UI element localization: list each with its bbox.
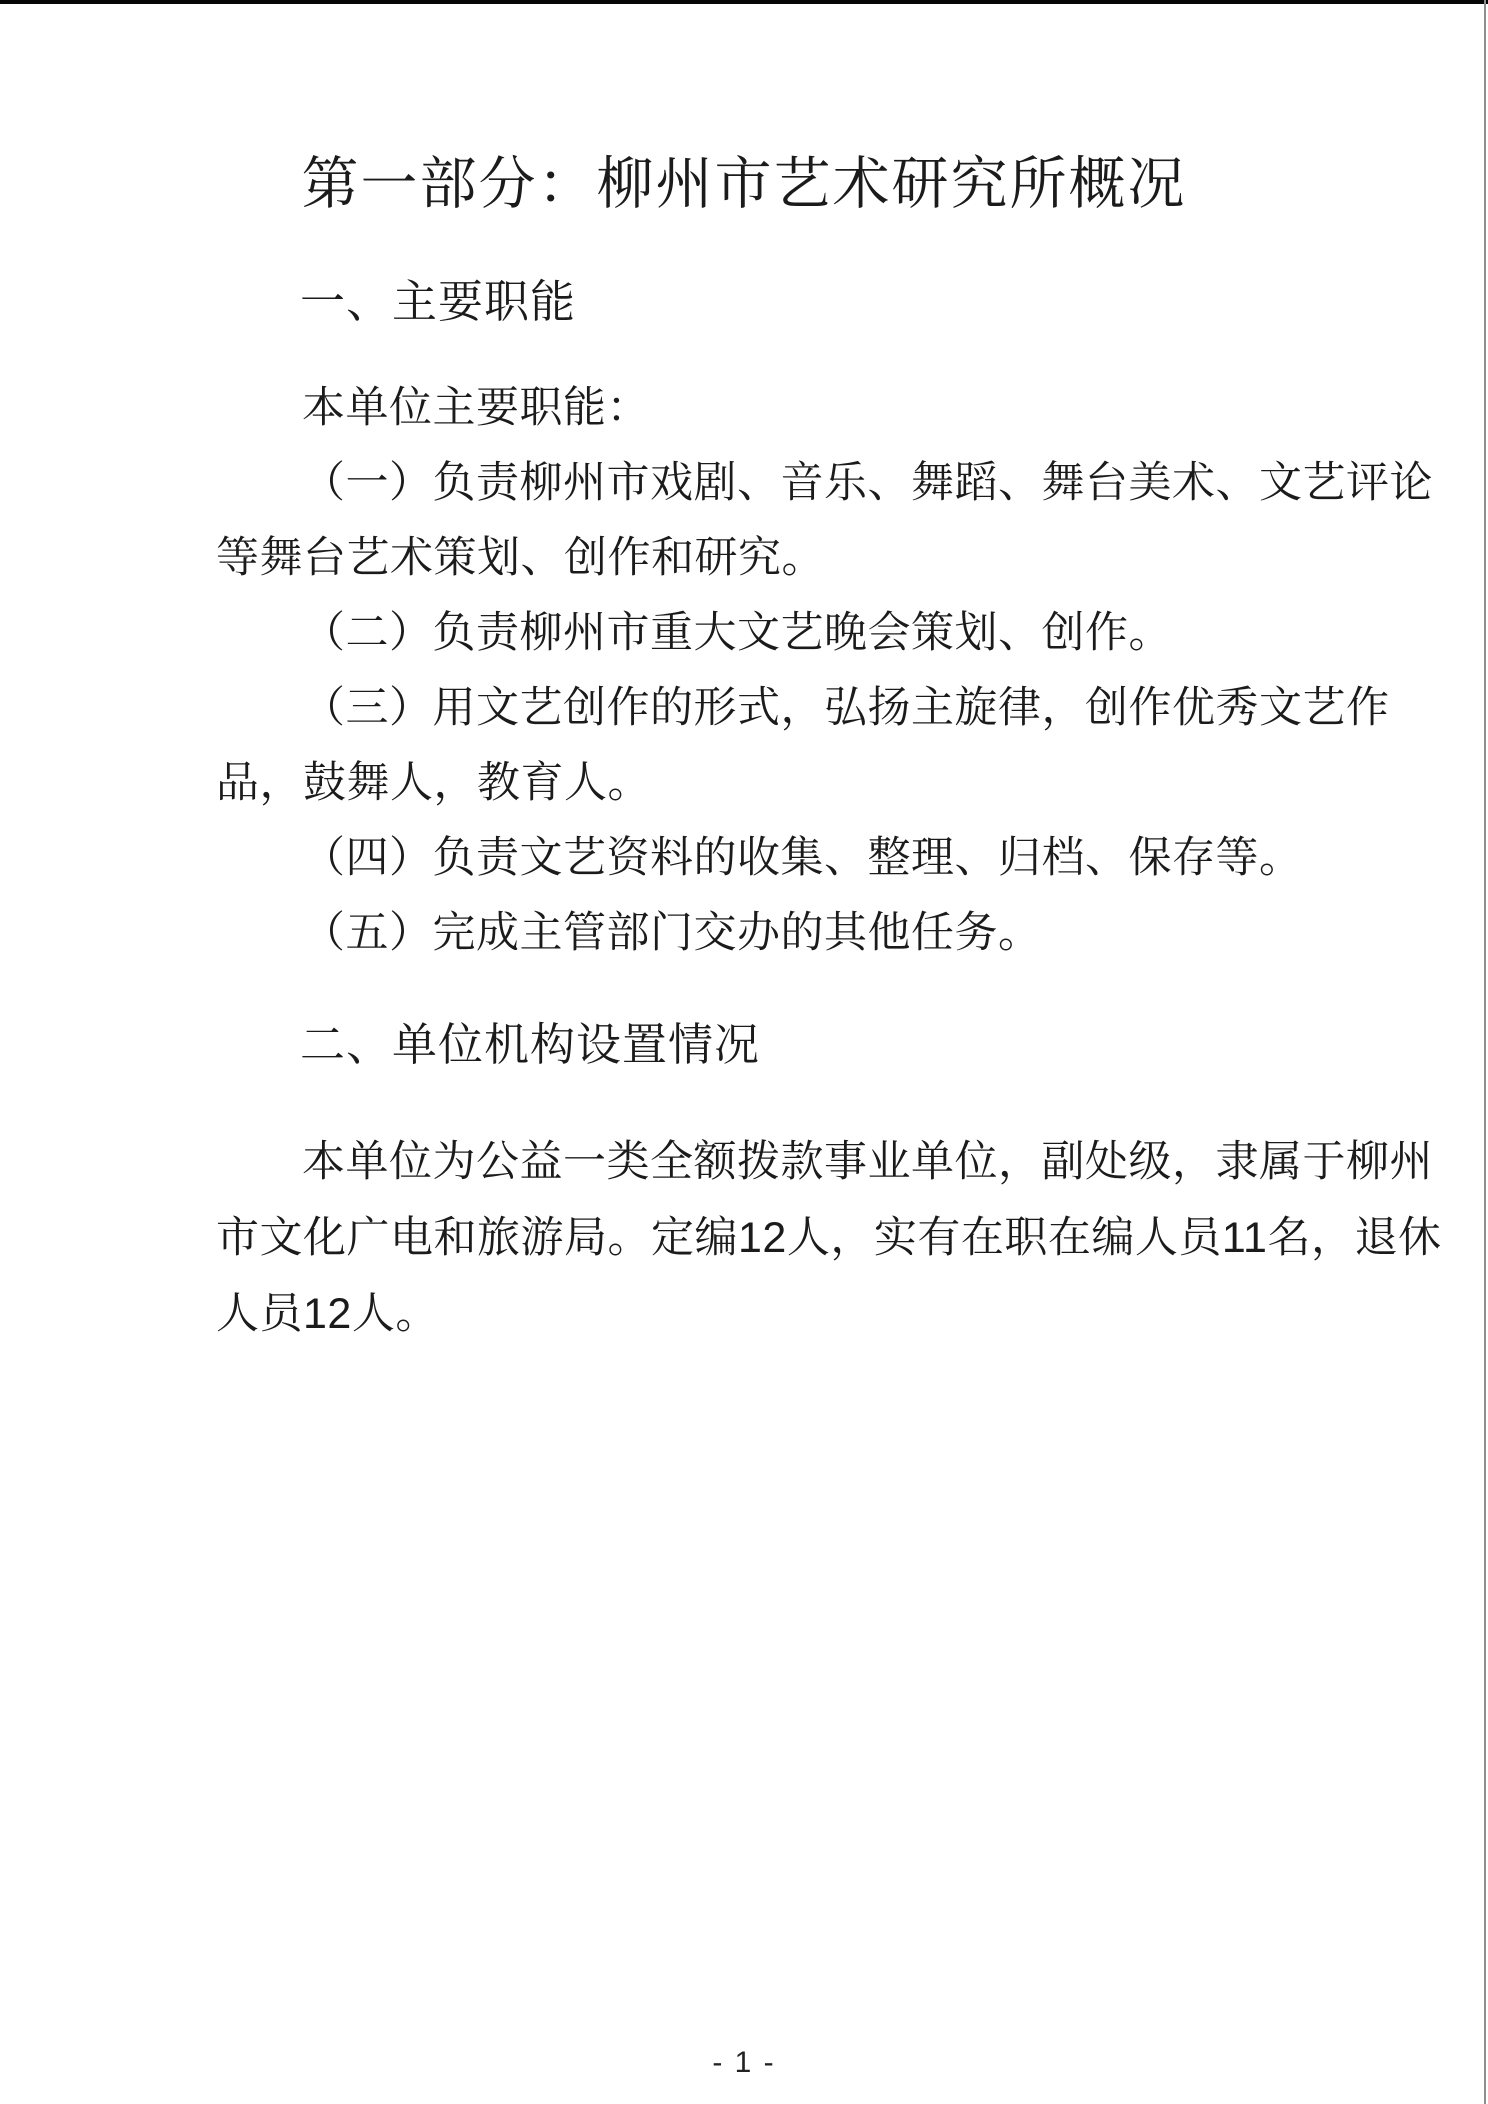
- section1-body: 本单位主要职能： （一）负责柳州市戏剧、音乐、舞蹈、舞台美术、文艺评论 等舞台艺…: [216, 371, 1376, 971]
- section2-heading: 二、单位机构设置情况: [300, 1007, 760, 1082]
- paragraph-line: 人员12人。: [216, 1276, 1376, 1352]
- paragraph-line: （四）负责文艺资料的收集、整理、归档、保存等。: [216, 821, 1376, 896]
- paragraph-line: 本单位主要职能：: [216, 371, 1376, 446]
- paragraph-line: （二）负责柳州市重大文艺晚会策划、创作。: [216, 596, 1376, 671]
- scan-right-edge-artifact: [1484, 0, 1486, 2104]
- paragraph-line: （三）用文艺创作的形式，弘扬主旋律，创作优秀文艺作: [216, 671, 1376, 746]
- paragraph-line: 本单位为公益一类全额拨款事业单位，副处级，隶属于柳州: [216, 1124, 1376, 1200]
- paragraph-line: 品，鼓舞人，教育人。: [216, 746, 1376, 821]
- document-title: 第一部分：柳州市艺术研究所概况: [0, 138, 1488, 220]
- paragraph-line: （五）完成主管部门交办的其他任务。: [216, 896, 1376, 971]
- section2-body: 本单位为公益一类全额拨款事业单位，副处级，隶属于柳州 市文化广电和旅游局。定编1…: [216, 1124, 1376, 1352]
- document-page: 第一部分：柳州市艺术研究所概况 一、主要职能 本单位主要职能： （一）负责柳州市…: [0, 0, 1488, 2104]
- paragraph-line: 市文化广电和旅游局。定编12人，实有在职在编人员11名，退休: [216, 1200, 1376, 1276]
- section1-heading: 一、主要职能: [300, 264, 576, 339]
- paragraph-line: 等舞台艺术策划、创作和研究。: [216, 521, 1376, 596]
- page-number: - 1 -: [0, 2046, 1488, 2080]
- scan-top-edge-artifact: [0, 0, 1488, 4]
- paragraph-line: （一）负责柳州市戏剧、音乐、舞蹈、舞台美术、文艺评论: [216, 446, 1376, 521]
